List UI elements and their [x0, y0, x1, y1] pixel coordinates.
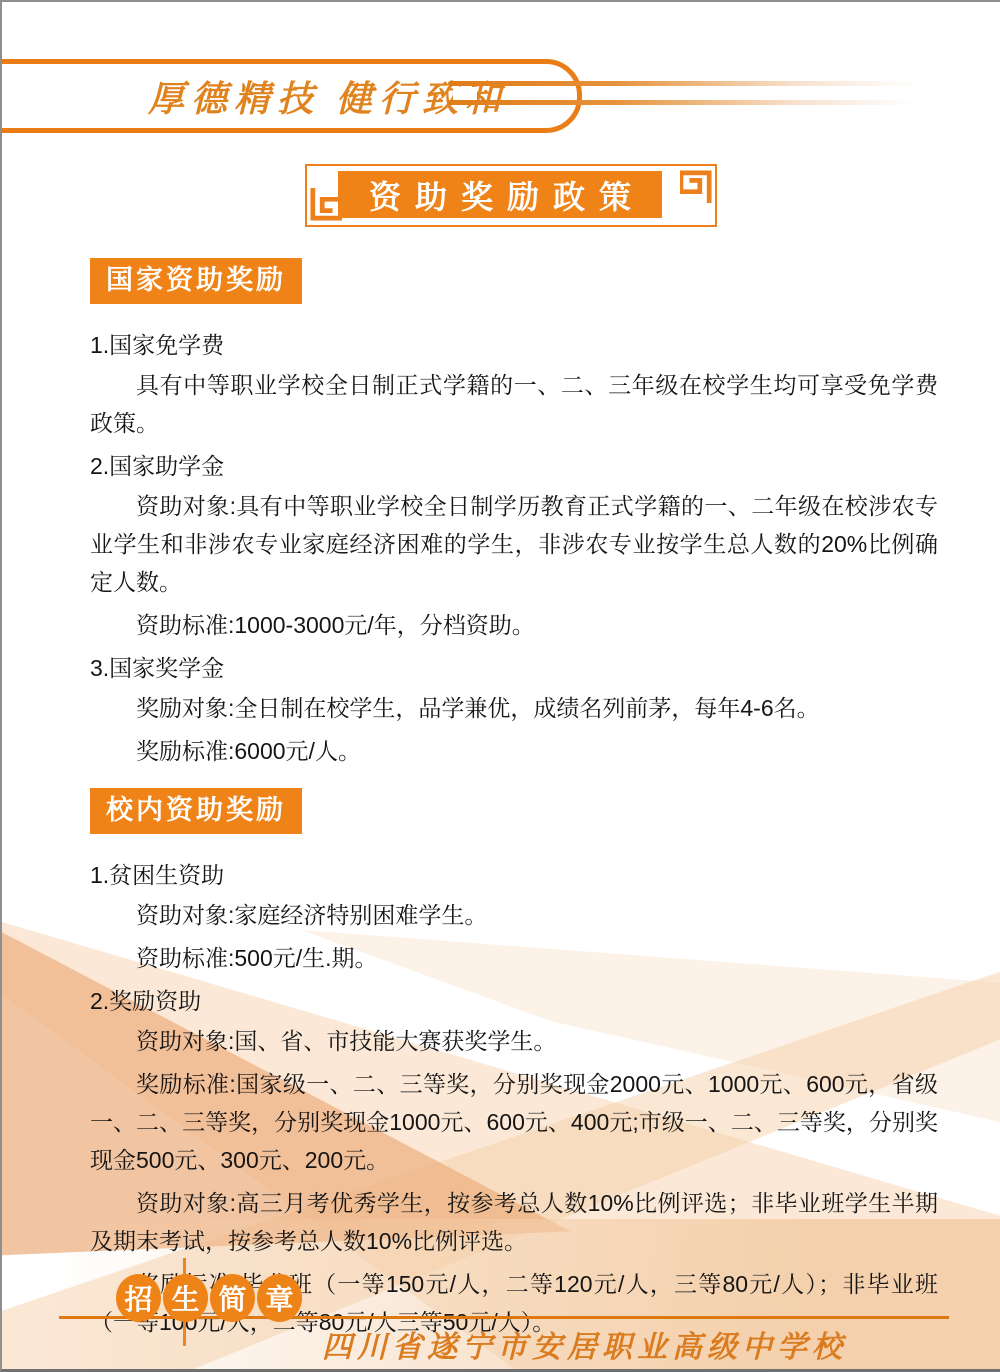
section-national-aid: 国家资助奖励 1.国家免学费 具有中等职业学校全日制正式学籍的一、二、三年级在校…: [90, 258, 938, 770]
item-paragraph: 奖励标准:6000元/人。: [90, 732, 938, 770]
item-paragraph: 资助标准:500元/生.期。: [90, 939, 938, 977]
item-paragraph: 奖励对象:全日制在校学生，品学兼优，成绩名列前茅，每年4-6名。: [90, 689, 938, 727]
section-header-national: 国家资助奖励: [90, 258, 302, 304]
badge-char: 招: [116, 1274, 161, 1322]
item-paragraph: 资助对象:具有中等职业学校全日制学历教育正式学籍的一、二年级在校涉农专业学生和非…: [90, 487, 938, 601]
item-title: 2.奖励资助: [90, 982, 938, 1020]
title-banner: 资助奖励政策: [305, 164, 717, 227]
brochure-page: 厚德精技 健行致和 资助奖励政策 国家资助奖励 1.国家免学费 具有中等职业学校…: [0, 0, 1000, 1372]
badge-char: 生: [163, 1274, 208, 1322]
school-name: 四川省遂宁市安居职业高级中学校: [322, 1322, 847, 1366]
badge-char: 简: [210, 1274, 255, 1322]
motto-capsule: 厚德精技 健行致和: [0, 59, 582, 133]
item-title: 3.国家奖学金: [90, 649, 938, 687]
item-paragraph: 资助标准:1000-3000元/年，分档资助。: [90, 606, 938, 644]
item-paragraph: 资助对象:国、省、市技能大赛获奖学生。: [90, 1022, 938, 1060]
greek-key-right-icon: [680, 170, 712, 204]
item-title: 1.贫困生资助: [90, 856, 938, 894]
item-paragraph: 奖励标准:国家级一、二、三等奖，分别奖现金2000元、1000元、600元，省级…: [90, 1065, 938, 1179]
item-title: 1.国家免学费: [90, 326, 938, 364]
policy-content: 国家资助奖励 1.国家免学费 具有中等职业学校全日制正式学籍的一、二、三年级在校…: [90, 258, 938, 1346]
item-paragraph: 资助对象:高三月考优秀学生，按参考总人数10%比例评选；非毕业班学生半期及期末考…: [90, 1184, 938, 1260]
policy-item: 2.国家助学金 资助对象:具有中等职业学校全日制学历教育正式学籍的一、二年级在校…: [90, 447, 938, 644]
title-banner-fill: 资助奖励政策: [338, 171, 662, 218]
capsule-notch: [453, 87, 477, 100]
page-title: 资助奖励政策: [355, 172, 645, 218]
badge-char: 章: [257, 1274, 302, 1322]
item-paragraph: 资助对象:家庭经济特别困难学生。: [90, 896, 938, 934]
policy-item: 3.国家奖学金 奖励对象:全日制在校学生，品学兼优，成绩名列前茅，每年4-6名。…: [90, 649, 938, 770]
policy-item: 1.贫困生资助 资助对象:家庭经济特别困难学生。 资助标准:500元/生.期。: [90, 856, 938, 977]
header-fade-line-bottom: [448, 100, 916, 105]
section-school-aid: 校内资助奖励 1.贫困生资助 资助对象:家庭经济特别困难学生。 资助标准:500…: [90, 788, 938, 1341]
policy-item: 1.国家免学费 具有中等职业学校全日制正式学籍的一、二、三年级在校学生均可享受免…: [90, 326, 938, 442]
section-header-school: 校内资助奖励: [90, 788, 302, 834]
header-fade-line-top: [448, 81, 916, 86]
item-paragraph: 具有中等职业学校全日制正式学籍的一、二、三年级在校学生均可享受免学费政策。: [90, 366, 938, 442]
admissions-badges: 招 生 简 章: [116, 1274, 302, 1322]
item-title: 2.国家助学金: [90, 447, 938, 485]
